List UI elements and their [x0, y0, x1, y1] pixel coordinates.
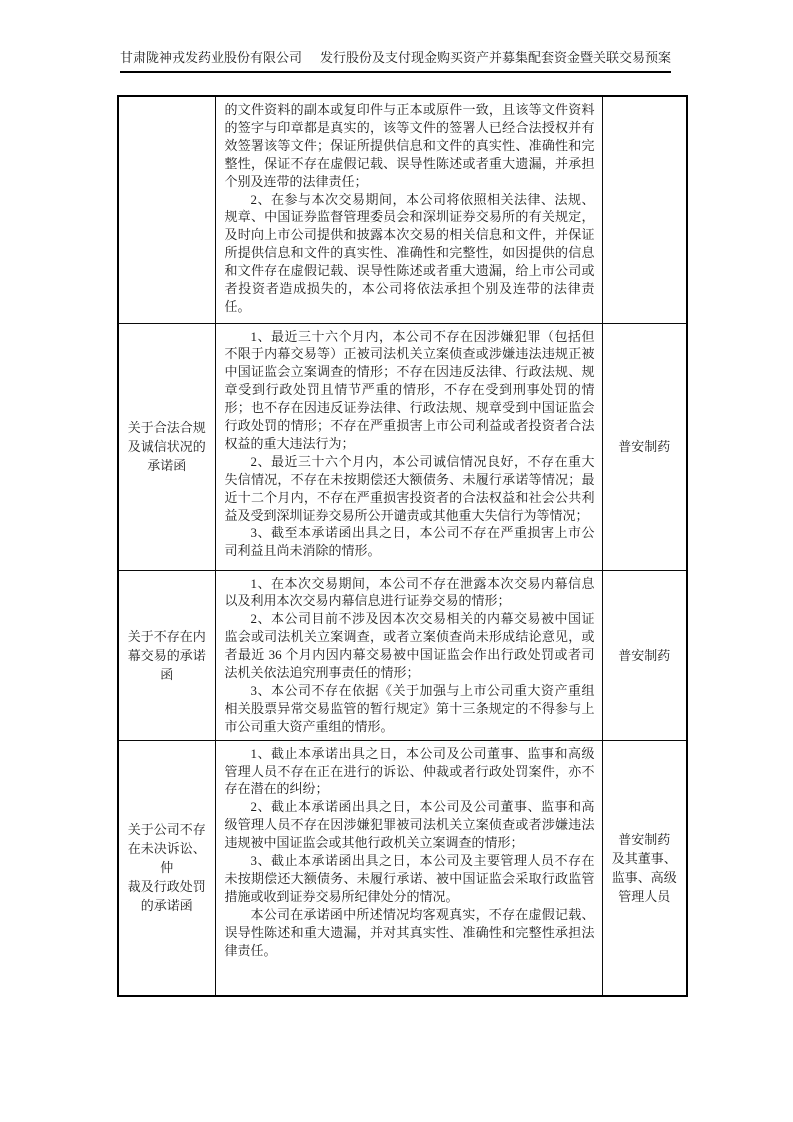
commitment-party-cell: 普安制药: [602, 323, 687, 570]
document-title: 发行股份及支付现金购买资产并募集配套资金暨关联交易预案: [320, 50, 671, 65]
label-line: 关于合法合规: [123, 418, 211, 437]
paragraph: 1、截止本承诺出具之日，本公司及公司董事、监事和高级管理人员不存在正在进行的诉讼…: [225, 745, 595, 799]
paragraph: 2、在参与本次交易期间，本公司将依照相关法律、法规、规章、中国证券监督管理委员会…: [225, 191, 595, 316]
label-line: 幕交易的承诺: [123, 646, 211, 665]
commitment-name-cell: 关于公司不存 在未决诉讼、仲 裁及行政处罚 的承诺函: [118, 740, 215, 996]
paragraph: 3、截至本承诺函出具之日，本公司不存在严重损害上市公司利益且尚未消除的情形。: [225, 524, 595, 560]
paragraph: 2、本公司目前不涉及因本次交易相关的内幕交易被中国证监会或司法机关立案调查，或者…: [225, 610, 595, 682]
commitment-name-cell: 关于合法合规 及诚信状况的 承诺函: [118, 323, 215, 570]
commitment-content-cell: 1、截止本承诺出具之日，本公司及公司董事、监事和高级管理人员不存在正在进行的诉讼…: [215, 740, 602, 996]
commitment-party-cell: 普安制药: [602, 570, 687, 740]
commitment-party-cell: 普安制药 及其董事、 监事、高级 管理人员: [602, 740, 687, 996]
commitment-content-cell: 1、在本次交易期间，本公司不存在泄露本次交易内幕信息以及利用本次交易内幕信息进行…: [215, 570, 602, 740]
paragraph: 2、截止本承诺函出具之日，本公司及公司董事、监事和高级管理人员不存在因涉嫌犯罪被…: [225, 798, 595, 852]
party-line: 普安制药: [606, 646, 684, 665]
table-row: 关于公司不存 在未决诉讼、仲 裁及行政处罚 的承诺函 1、截止本承诺出具之日，本…: [118, 740, 687, 996]
paragraph: 2、最近三十六个月内，本公司诚信情况良好，不存在重大失信情况，不存在未按期偿还大…: [225, 453, 595, 525]
label-line: 承诺函: [123, 456, 211, 475]
label-line: 裁及行政处罚: [123, 877, 211, 896]
commitment-content-cell: 的文件资料的副本或复印件与正本或原件一致，且该等文件资料的签字与印章都是真实的，…: [215, 96, 602, 323]
paragraph: 本公司在承诺函中所述情况均客观真实，不存在虚假记载、误导性陈述和重大遗漏，并对其…: [225, 906, 595, 960]
table-row: 关于不存在内 幕交易的承诺 函 1、在本次交易期间，本公司不存在泄露本次交易内幕…: [118, 570, 687, 740]
page-header: 甘肃陇神戎发药业股份有限公司发行股份及支付现金购买资产并募集配套资金暨关联交易预…: [120, 50, 671, 73]
label-line: 在未决诉讼、仲: [123, 839, 211, 877]
company-name: 甘肃陇神戎发药业股份有限公司: [120, 50, 302, 65]
label-line: 及诚信状况的: [123, 437, 211, 456]
document-page: 甘肃陇神戎发药业股份有限公司发行股份及支付现金购买资产并募集配套资金暨关联交易预…: [0, 0, 793, 1122]
paragraph: 1、在本次交易期间，本公司不存在泄露本次交易内幕信息以及利用本次交易内幕信息进行…: [225, 575, 595, 611]
commitment-party-cell: [602, 96, 687, 323]
label-line: 的承诺函: [123, 896, 211, 915]
party-line: 监事、高级: [606, 868, 684, 887]
party-line: 普安制药: [606, 830, 684, 849]
commitments-table: 的文件资料的副本或复印件与正本或原件一致，且该等文件资料的签字与印章都是真实的，…: [117, 95, 688, 997]
commitment-name-cell: 关于不存在内 幕交易的承诺 函: [118, 570, 215, 740]
label-line: 关于不存在内: [123, 627, 211, 646]
commitment-content-cell: 1、最近三十六个月内，本公司不存在因涉嫌犯罪（包括但不限于内幕交易等）正被司法机…: [215, 323, 602, 570]
paragraph: 3、本公司不存在依据《关于加强与上市公司重大资产重组相关股票异常交易监管的暂行规…: [225, 682, 595, 736]
commitment-name-cell: [118, 96, 215, 323]
paragraph: 1、最近三十六个月内，本公司不存在因涉嫌犯罪（包括但不限于内幕交易等）正被司法机…: [225, 328, 595, 453]
table-row: 的文件资料的副本或复印件与正本或原件一致，且该等文件资料的签字与印章都是真实的，…: [118, 96, 687, 323]
label-line: 函: [123, 665, 211, 684]
paragraph: 的文件资料的副本或复印件与正本或原件一致，且该等文件资料的签字与印章都是真实的，…: [225, 101, 595, 191]
table-row: 关于合法合规 及诚信状况的 承诺函 1、最近三十六个月内，本公司不存在因涉嫌犯罪…: [118, 323, 687, 570]
label-line: 关于公司不存: [123, 820, 211, 839]
party-line: 普安制药: [606, 437, 684, 456]
paragraph: 3、截止本承诺函出具之日，本公司及主要管理人员不存在未按期偿还大额债务、未履行承…: [225, 852, 595, 906]
party-line: 及其董事、: [606, 849, 684, 868]
party-line: 管理人员: [606, 887, 684, 906]
